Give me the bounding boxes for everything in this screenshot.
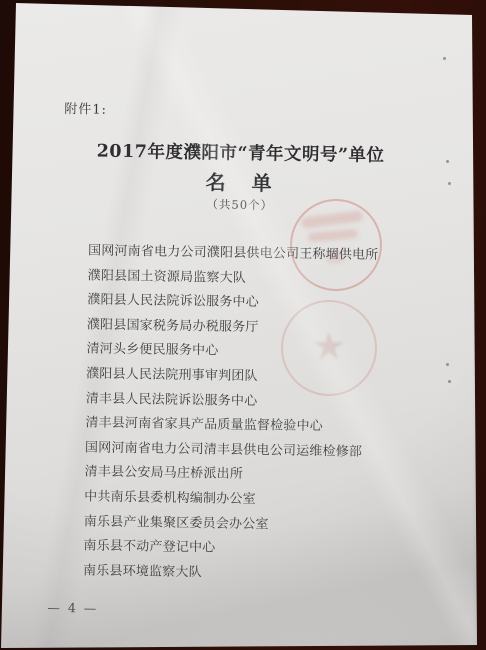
paper-sheet: ★ 附件1: 2017年度濮阳市“青年文明号”单位 名 单 （共50个） 国网河… bbox=[0, 0, 486, 650]
list-item: 南乐县环境监察大队 bbox=[83, 559, 463, 590]
document-content: 附件1: 2017年度濮阳市“青年文明号”单位 名 单 （共50个） 国网河南省… bbox=[0, 0, 486, 650]
document-photo: ★ 附件1: 2017年度濮阳市“青年文明号”单位 名 单 （共50个） 国网河… bbox=[0, 0, 486, 650]
unit-list: 国网河南省电力公司濮阳县供电公司王称堌供电所濮阳县国土资源局监察大队濮阳县人民法… bbox=[83, 239, 468, 589]
page-number: — 4 — bbox=[47, 600, 98, 616]
attachment-label: 附件1: bbox=[64, 98, 107, 118]
